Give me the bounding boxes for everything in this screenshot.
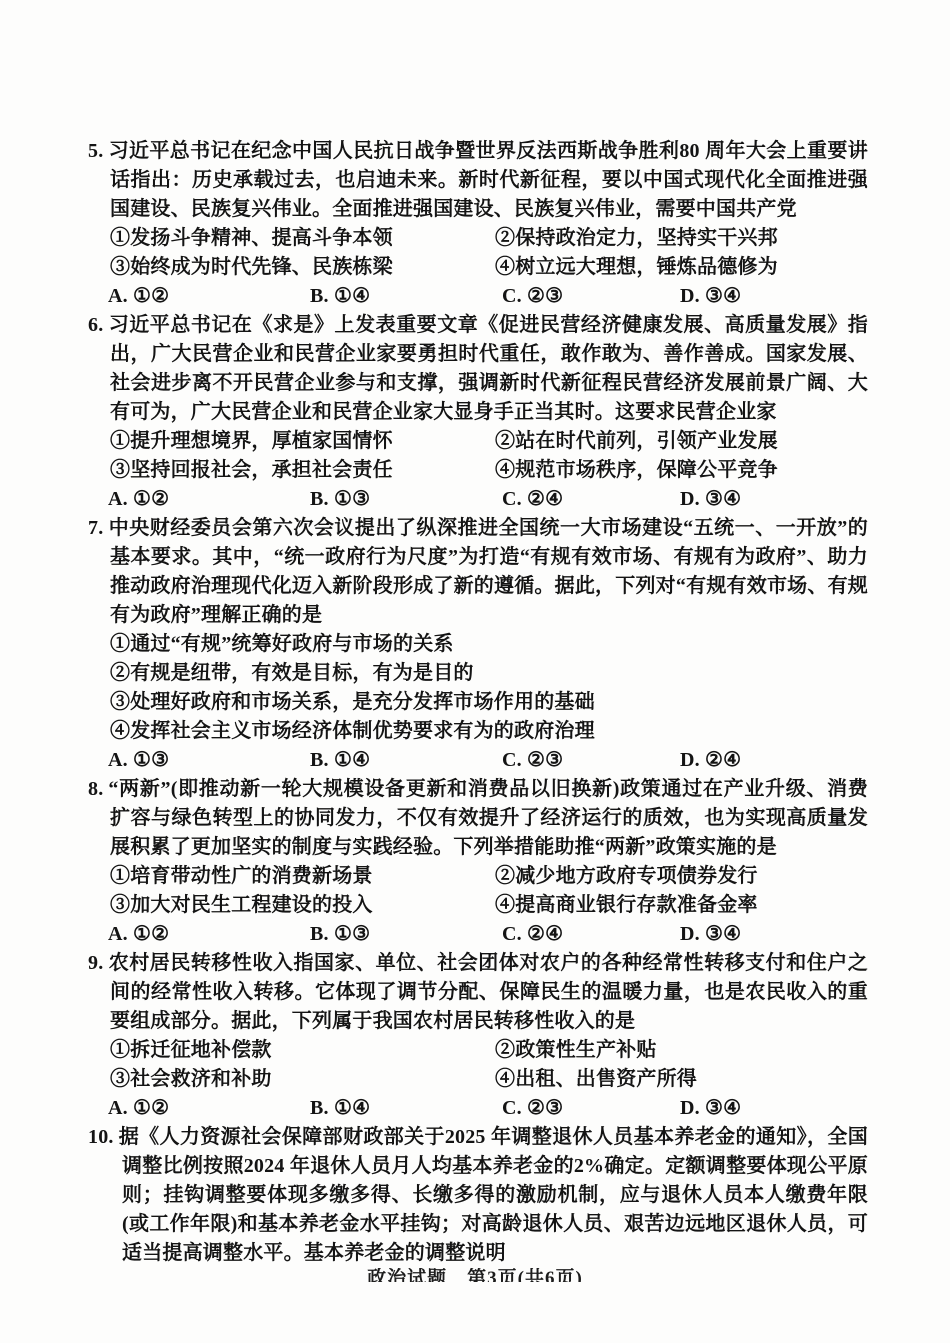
question-number: 6.: [88, 314, 103, 336]
choice-c: C. ②③: [502, 282, 680, 311]
question-stem: 8.“两新”(即推动新一轮大规模设备更新和消费品以旧换新)政策通过在产业升级、消…: [88, 775, 868, 862]
question-stem: 5.习近平总书记在纪念中国人民抗日战争暨世界反法西斯战争胜利80 周年大会上重要…: [88, 137, 868, 224]
choice-d: D. ②④: [680, 746, 868, 775]
option-2: ②站在时代前列，引领产业发展: [495, 427, 868, 456]
question-5: 5.习近平总书记在纪念中国人民抗日战争暨世界反法西斯战争胜利80 周年大会上重要…: [88, 137, 868, 311]
question-stem: 7.中央财经委员会第六次会议提出了纵深推进全国统一大市场建设“五统一、一开放”的…: [88, 514, 868, 630]
question-stem: 6.习近平总书记在《求是》上发表重要文章《促进民营经济健康发展、高质量发展》指出…: [88, 311, 868, 427]
choice-b: B. ①③: [310, 920, 502, 949]
question-stem-text: 习近平总书记在《求是》上发表重要文章《促进民营经济健康发展、高质量发展》指出，广…: [108, 314, 868, 423]
choice-c: C. ②④: [502, 485, 680, 514]
question-number: 8.: [88, 778, 103, 800]
question-stem-text: 农村居民转移性收入指国家、单位、社会团体对农户的各种经常性转移支付和住户之间的经…: [108, 952, 868, 1032]
choice-c: C. ②③: [502, 746, 680, 775]
option-row: ①提升理想境界，厚植家国情怀 ②站在时代前列，引领产业发展: [88, 427, 868, 456]
question-8: 8.“两新”(即推动新一轮大规模设备更新和消费品以旧换新)政策通过在产业升级、消…: [88, 775, 868, 949]
answer-choices: A. ①② B. ①③ C. ②④ D. ③④: [88, 920, 868, 949]
choice-b: B. ①④: [310, 282, 502, 311]
option-3: ③加大对民生工程建设的投入: [110, 891, 495, 920]
question-number: 9.: [88, 952, 103, 974]
option-4: ④出租、出售资产所得: [495, 1065, 868, 1094]
option-2: ②有规是纽带，有效是目标，有为是目的: [88, 659, 868, 688]
exam-page: 5.习近平总书记在纪念中国人民抗日战争暨世界反法西斯战争胜利80 周年大会上重要…: [0, 0, 950, 1343]
answer-choices: A. ①③ B. ①④ C. ②③ D. ②④: [88, 746, 868, 775]
question-number: 10.: [88, 1126, 114, 1148]
option-4: ④提高商业银行存款准备金率: [495, 891, 868, 920]
choice-a: A. ①③: [108, 746, 310, 775]
choice-b: B. ①③: [310, 485, 502, 514]
question-10: 10.据《人力资源社会保障部财政部关于2025 年调整退休人员基本养老金的通知》…: [88, 1123, 868, 1268]
option-row: ③始终成为时代先锋、民族栋梁 ④树立远大理想，锤炼品德修为: [88, 253, 868, 282]
choice-c: C. ②④: [502, 920, 680, 949]
option-1: ①通过“有规”统筹好政府与市场的关系: [88, 630, 868, 659]
option-row: ③加大对民生工程建设的投入 ④提高商业银行存款准备金率: [88, 891, 868, 920]
choice-d: D. ③④: [680, 920, 868, 949]
option-4: ④规范市场秩序，保障公平竞争: [495, 456, 868, 485]
choice-b: B. ①④: [310, 746, 502, 775]
choice-d: D. ③④: [680, 282, 868, 311]
option-row: ①培育带动性广的消费新场景 ②减少地方政府专项债券发行: [88, 862, 868, 891]
question-number: 7.: [88, 517, 103, 539]
choice-a: A. ①②: [108, 1094, 310, 1123]
answer-choices: A. ①② B. ①④ C. ②③ D. ③④: [88, 1094, 868, 1123]
choice-a: A. ①②: [108, 920, 310, 949]
choice-a: A. ①②: [108, 485, 310, 514]
option-3: ③社会救济和补助: [110, 1065, 495, 1094]
option-row: ③坚持回报社会，承担社会责任 ④规范市场秩序，保障公平竞争: [88, 456, 868, 485]
question-number: 5.: [88, 140, 103, 162]
exam-content: 5.习近平总书记在纪念中国人民抗日战争暨世界反法西斯战争胜利80 周年大会上重要…: [88, 137, 868, 1268]
option-row: ③社会救济和补助 ④出租、出售资产所得: [88, 1065, 868, 1094]
option-3: ③始终成为时代先锋、民族栋梁: [110, 253, 495, 282]
option-3: ③处理好政府和市场关系，是充分发挥市场作用的基础: [88, 688, 868, 717]
choice-c: C. ②③: [502, 1094, 680, 1123]
question-stem: 10.据《人力资源社会保障部财政部关于2025 年调整退休人员基本养老金的通知》…: [88, 1123, 868, 1268]
option-row: ①拆迁征地补偿款 ②政策性生产补贴: [88, 1036, 868, 1065]
question-stem-text: 中央财经委员会第六次会议提出了纵深推进全国统一大市场建设“五统一、一开放”的基本…: [108, 517, 868, 626]
option-2: ②保持政治定力，坚持实干兴邦: [495, 224, 868, 253]
choice-d: D. ③④: [680, 485, 868, 514]
option-2: ②减少地方政府专项债券发行: [495, 862, 868, 891]
option-1: ①发扬斗争精神、提高斗争本领: [110, 224, 495, 253]
option-4: ④发挥社会主义市场经济体制优势要求有为的政府治理: [88, 717, 868, 746]
page-footer: 政治试题 第3页(共6页): [0, 1268, 950, 1282]
option-1: ①培育带动性广的消费新场景: [110, 862, 495, 891]
option-3: ③坚持回报社会，承担社会责任: [110, 456, 495, 485]
question-stem-text: 习近平总书记在纪念中国人民抗日战争暨世界反法西斯战争胜利80 周年大会上重要讲话…: [108, 140, 868, 220]
option-row: ①发扬斗争精神、提高斗争本领 ②保持政治定力，坚持实干兴邦: [88, 224, 868, 253]
answer-choices: A. ①② B. ①③ C. ②④ D. ③④: [88, 485, 868, 514]
question-stem-text: 据《人力资源社会保障部财政部关于2025 年调整退休人员基本养老金的通知》，全国…: [119, 1126, 868, 1264]
option-2: ②政策性生产补贴: [495, 1036, 868, 1065]
question-stem: 9.农村居民转移性收入指国家、单位、社会团体对农户的各种经常性转移支付和住户之间…: [88, 949, 868, 1036]
choice-a: A. ①②: [108, 282, 310, 311]
option-1: ①拆迁征地补偿款: [110, 1036, 495, 1065]
option-4: ④树立远大理想，锤炼品德修为: [495, 253, 868, 282]
question-stem-text: “两新”(即推动新一轮大规模设备更新和消费品以旧换新)政策通过在产业升级、消费扩…: [108, 778, 868, 858]
choice-d: D. ③④: [680, 1094, 868, 1123]
answer-choices: A. ①② B. ①④ C. ②③ D. ③④: [88, 282, 868, 311]
option-1: ①提升理想境界，厚植家国情怀: [110, 427, 495, 456]
question-7: 7.中央财经委员会第六次会议提出了纵深推进全国统一大市场建设“五统一、一开放”的…: [88, 514, 868, 775]
question-9: 9.农村居民转移性收入指国家、单位、社会团体对农户的各种经常性转移支付和住户之间…: [88, 949, 868, 1123]
question-6: 6.习近平总书记在《求是》上发表重要文章《促进民营经济健康发展、高质量发展》指出…: [88, 311, 868, 514]
choice-b: B. ①④: [310, 1094, 502, 1123]
